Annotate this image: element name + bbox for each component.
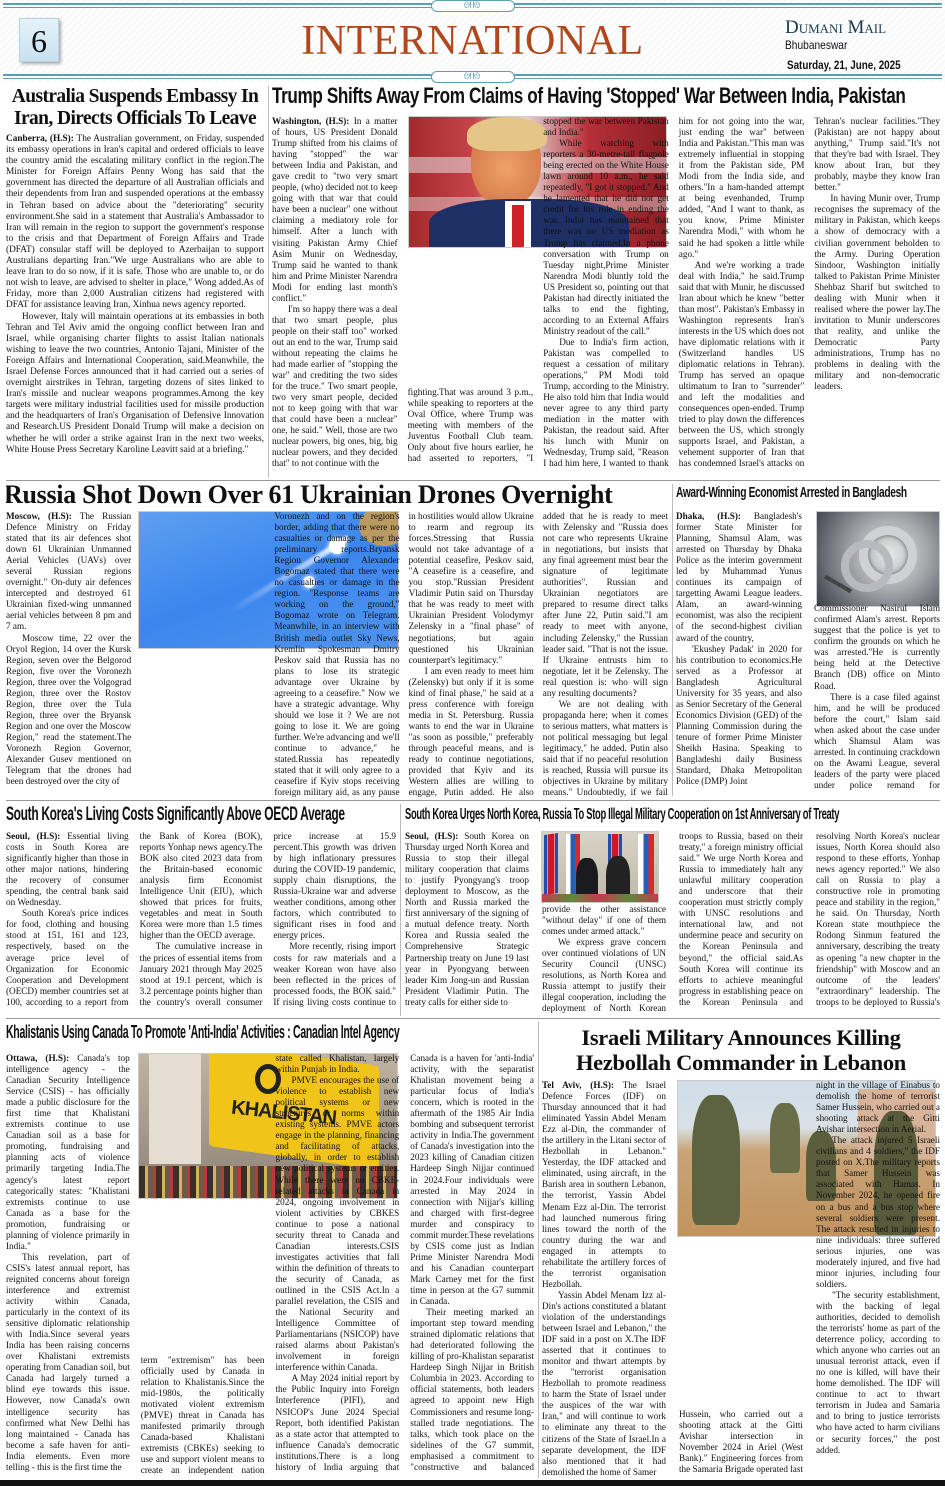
dateline: Ottawa, (H.S): [6,1053,69,1063]
headline: Australia Suspends Embassy In Iran, Dire… [6,86,264,130]
issue-date: Saturday, 21, June, 2025 [787,58,901,72]
headline-line: Hezbollah Commander in Lebanon [542,1050,940,1075]
masthead: ᘛᘚ 6 INTERNATIONAL Dumani Mail Bhubanesw… [0,0,945,82]
headline-line: Iran, Directs Officials To Leave [6,108,264,130]
paragraph: While watching with reporters a 30-metre… [543,138,669,337]
paragraph: Tel Aviv, (H.S): The Israel Defence Forc… [542,1080,666,1290]
column-divider [400,804,401,1016]
headline: Russia Shot Down Over 61 Ukrainian Drone… [6,481,668,508]
photo-spacer [141,1201,265,1355]
article-khalistan: Khalistanis Using Canada To Promote 'Ant… [6,1019,534,1481]
headline: Khalistanis Using Canada To Promote 'Ant… [6,1023,533,1042]
paragraph-text: The Australian government, on Friday, su… [6,134,264,310]
paragraph: However, Italy will maintain operations … [6,312,264,456]
paragraph-text: Canada's top intelligence agency - the C… [6,1053,130,1251]
article-sk-living-costs: South Korea's Living Costs Significantly… [6,801,396,1017]
headline: Award-Winning Economist Arrested in Bang… [676,485,940,501]
paragraph: Washington, (H.S): In a matter of hours,… [272,116,398,304]
paragraph: Ottawa, (H.S): Canada's top intelligence… [6,1053,130,1252]
photo-spacer [408,247,534,387]
headline-line: Australia Suspends Embassy In [6,86,264,108]
article-body: Canberra, (H.S): The Australian governme… [6,134,264,456]
paragraph: Seoul, (H.S): Essential living costs in … [6,831,129,908]
dateline: Washington, (H.S): [272,116,349,126]
paragraph: "The security establishment, with the ba… [816,1290,940,1456]
article-russia: Russia Shot Down Over 61 Ukrainian Drone… [6,481,668,799]
newspaper-brand: Dumani Mail [785,17,886,39]
paragraph: Dhaka, (H.S): Bangladesh's former State … [676,511,802,644]
headline: South Korea Urges North Korea, Russia To… [405,807,940,823]
headline-line: Israeli Military Announces Killing [542,1025,940,1050]
article-australia: Australia Suspends Embassy In Iran, Dire… [6,86,264,478]
dateline: Moscow, (H.S): [6,511,72,521]
ornament-icon: ᘛᘚ [431,71,515,83]
headline: Israeli Military Announces Killing Hezbo… [542,1025,940,1075]
dateline: Dhaka, (H.S): [676,511,741,521]
paragraph: PMVE encourages the use of violence to e… [276,1075,400,1373]
ornament-icon: ᘛᘚ [431,0,515,12]
article-body: Ottawa, (H.S): Canada's top intelligence… [6,1053,534,1479]
article-body: Seoul, (H.S): South Korea on Thursday ur… [405,831,940,1015]
photo-spacer [140,645,265,791]
column-divider [672,484,673,796]
dateline: Tel Aviv, (H.S): [542,1080,614,1090]
article-body: Moscow, (H.S): The Russian Defence Minis… [6,511,668,799]
dateline: Seoul, (H.S): [6,831,60,841]
headline: South Korea's Living Costs Significantly… [6,805,396,825]
column-divider [268,86,269,478]
dateline: Canberra, (H.S): [6,134,74,144]
paragraph: Moscow, (H.S): The Russian Defence Minis… [6,511,131,633]
article-body: Seoul, (H.S): Essential living costs in … [6,831,396,1015]
paragraph-text: The Israel Defence Forces (IDF) on Thurs… [542,1080,666,1289]
paragraph: In having Munir over, Trump recognises t… [814,193,940,392]
photo-spacer [679,1244,803,1409]
article-sk-urges: South Korea Urges North Korea, Russia To… [405,801,940,1017]
paragraph-text: The Russian Defence Ministry on Friday s… [6,511,131,631]
headline: Trump Shifts Away From Claims of Having … [272,84,940,107]
dateline: Seoul, (H.S): [405,831,458,841]
edition-city: Bhubaneswar [785,38,847,52]
paragraph-text: In a matter of hours, US President Donal… [272,116,398,303]
article-israel: Israeli Military Announces Killing Hezbo… [542,1019,940,1481]
paragraph: The attack injured 5 Israeli civilians a… [816,1135,940,1290]
article-body: Tel Aviv, (H.S): The Israel Defence Forc… [542,1080,940,1479]
article-body: Dhaka, (H.S): Bangladesh's former State … [676,511,940,799]
paragraph: Canberra, (H.S): The Australian governme… [6,134,264,312]
column-divider [538,1022,539,1478]
paragraph-text: Essential living costs in South Korea ar… [6,831,129,907]
page-bottom-rule [0,1480,945,1486]
paragraph-text: Bangladesh's former State Minister for P… [676,511,802,643]
article-trump: Trump Shifts Away From Claims of Having … [272,84,940,479]
article-body: Washington, (H.S): In a matter of hours,… [272,116,940,479]
article-bangladesh: Award-Winning Economist Arrested in Bang… [676,481,940,799]
